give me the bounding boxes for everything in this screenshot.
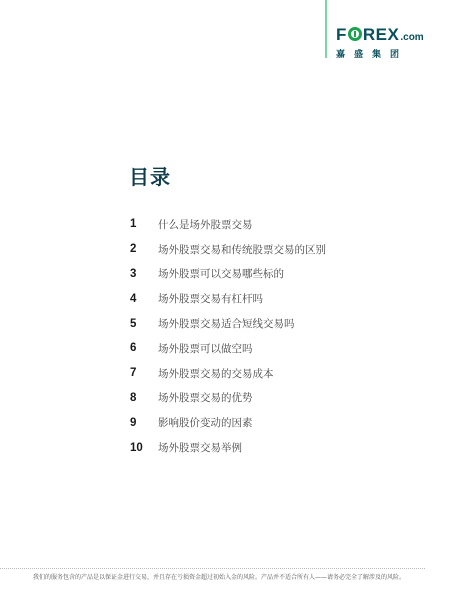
toc-item-label: 场外股票交易的交易成本: [158, 366, 274, 381]
toc-item-number: 5: [130, 318, 158, 330]
toc-item-label: 场外股票交易有杠杆吗: [158, 291, 263, 306]
toc-item-number: 3: [130, 268, 158, 280]
forex-logo: F REX .com 嘉盛集团: [336, 26, 436, 60]
toc-item-number: 4: [130, 293, 158, 305]
toc-item[interactable]: 6 场外股票可以做空吗: [130, 336, 326, 361]
toc-item-label: 什么是场外股票交易: [158, 217, 253, 232]
toc-item[interactable]: 5 场外股票交易适合短线交易吗: [130, 311, 326, 336]
toc-item[interactable]: 8 场外股票交易的优势: [130, 386, 326, 411]
toc-item[interactable]: 4 场外股票交易有杠杆吗: [130, 286, 326, 311]
logo-letter-f: F: [336, 26, 347, 43]
header-divider-line: [325, 0, 327, 58]
logo-letters-rex: REX: [363, 26, 399, 43]
logo-suffix: .com: [400, 33, 423, 43]
toc-item-label: 影响股价变动的因素: [158, 415, 253, 430]
toc-item-label: 场外股票交易和传统股票交易的区别: [158, 242, 326, 257]
risk-disclaimer: 我们的服务包含的产品是以保证金进行交易，并且存在亏损资金超过初始入金的风险。产品…: [33, 572, 405, 581]
logo-chinese-name: 嘉盛集团: [336, 47, 436, 60]
toc-item-number: 10: [130, 442, 158, 454]
toc-item[interactable]: 7 场外股票交易的交易成本: [130, 361, 326, 386]
footer-divider: [0, 568, 425, 569]
logo-wordmark: F REX .com: [336, 26, 436, 43]
toc-item-label: 场外股票可以做空吗: [158, 341, 253, 356]
power-icon: [348, 27, 362, 41]
toc-list: 1 什么是场外股票交易 2 场外股票交易和传统股票交易的区别 3 场外股票可以交…: [130, 212, 326, 460]
toc-item[interactable]: 9 影响股价变动的因素: [130, 410, 326, 435]
toc-item-label: 场外股票交易适合短线交易吗: [158, 316, 295, 331]
toc-item-number: 2: [130, 243, 158, 255]
toc-title: 目录: [129, 161, 171, 190]
toc-item-number: 9: [130, 417, 158, 429]
toc-item-number: 8: [130, 392, 158, 404]
toc-item-label: 场外股票可以交易哪些标的: [158, 266, 284, 281]
toc-item[interactable]: 3 场外股票可以交易哪些标的: [130, 262, 326, 287]
toc-item[interactable]: 2 场外股票交易和传统股票交易的区别: [130, 237, 326, 262]
toc-item-label: 场外股票交易举例: [158, 440, 242, 455]
toc-item-number: 6: [130, 342, 158, 354]
toc-item[interactable]: 1 什么是场外股票交易: [130, 212, 326, 237]
toc-item-label: 场外股票交易的优势: [158, 390, 253, 405]
toc-item[interactable]: 10 场外股票交易举例: [130, 435, 326, 460]
toc-item-number: 7: [130, 367, 158, 379]
toc-item-number: 1: [130, 218, 158, 230]
